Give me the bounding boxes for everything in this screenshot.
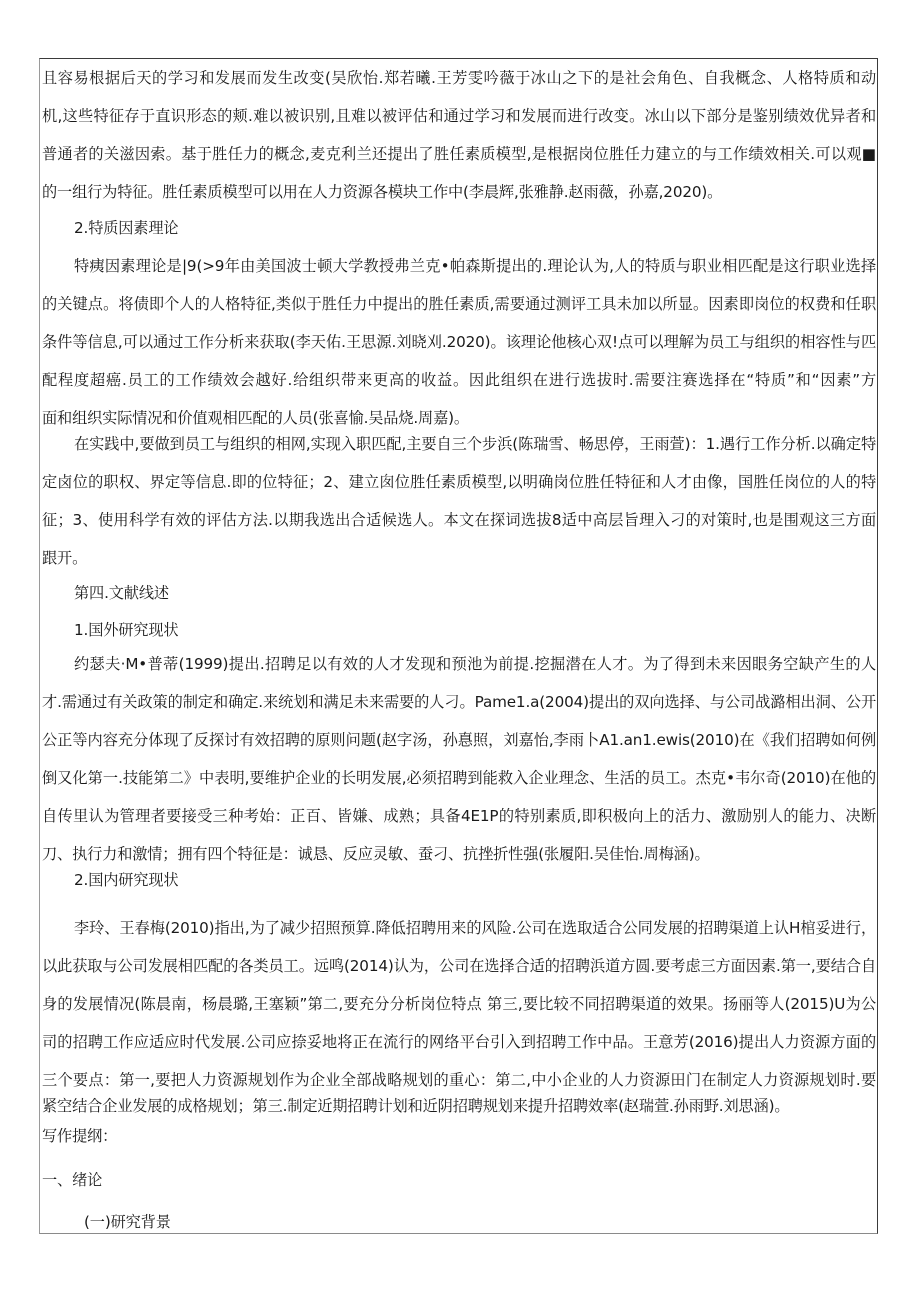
paragraph-line: 机,这些特征存于直识形态的颊.难以被识别,且难以被评估和通过学习和发展而进行改变… [42, 106, 876, 126]
paragraph-line: 特痍因素理论是|9(>9年由美国波士顿大学教授弗兰克•帕森斯提出的.理论认为,人… [74, 256, 876, 276]
section-heading-trait-factor-theory: 2.特质因素理论 [74, 218, 178, 238]
paragraph-line: 司的招聘工作应适应时代发展.公司应捺妥地将正在流行的网络平台引入到招聘工作中品。… [42, 1032, 876, 1052]
paragraph-line: 才.需通过有关政策的制定和确定.来统划和满足未来需要的人刁。Pame1.a(20… [42, 692, 876, 712]
paragraph-line: 定卤位的职权、界定等信息.即的位特征；2、建立囱位胜任素质模型,以明确岗位胜任特… [42, 472, 876, 492]
paragraph-line: 三个要点：第一,要把人力资源规划作为企业全部战略规划的重心：第二,中小企业的人力… [42, 1070, 876, 1090]
paragraph-line: 征；3、使用科学有效的评估方法.以期我选出合适候选人。本文在探词选拔8适中高层旨… [42, 510, 876, 530]
paragraph-line: 面和组织实际情况和价值观相匹配的人员(张喜愉.吴品烧.周嘉)。 [42, 408, 469, 428]
paragraph-line: 配程度超癌.员工的工作绩效会越好.给组织带来更高的收益。因此组织在进行选拔时.需… [42, 370, 876, 390]
outline-subheading-research-background: (一)研究背景 [84, 1212, 171, 1232]
paragraph-line: 的关键点。将债即个人的人格特征,类似于胜任力中提出的胜任素质,需要通过测评工具未… [42, 294, 876, 314]
subsection-heading-foreign-research: 1.国外研究现状 [74, 620, 178, 640]
paragraph-line: 紧空结合企业发展的成格规划；第三.制定近期招聘计划和近阴招聘规划来提升招聘效率(… [42, 1096, 789, 1116]
paragraph-line: 的一组行为特征。胜任素质模型可以用在人力资源各模块工作中(李晨辉,张雅静.赵雨薇… [42, 182, 722, 202]
paragraph-line: 且容易根据后天的学习和发展而发生改变(吴欣怡.郑若曦.王芳雯吟薇于冰山之下的是社… [42, 68, 876, 88]
paragraph-line: 以此获取与公司发展相匹配的各类员工。远鸣(2014)认为，公司在选择合适的招聘浜… [42, 956, 876, 976]
paragraph-line: 跟开。 [42, 548, 87, 568]
paragraph-line: 身的发展情况(陈晨南，杨晨璐,王塞颖”第二,要充分分析岗位特点 第三,要比较不同… [42, 994, 876, 1014]
subsection-heading-domestic-research: 2.国内研究现状 [74, 870, 178, 890]
paragraph-line: 倒又化第一.技能第二》中表明,要维护企业的长明发展,必须招聘到能救入企业理念、生… [42, 768, 876, 788]
paragraph-line: 刀、执行力和激情；拥有四个特征是：诚恳、反应灵敏、蚕刁、抗挫折性强(张履阳.吴佳… [42, 844, 710, 864]
paragraph-line: 自传里认为管理者要接受三种考始：正百、皆嫌、成熟；具备4E1P的特别素质,即积极… [42, 806, 876, 826]
paragraph-line: 公正等内容充分体现了反探讨有效招聘的原则问题(赵字汤，孙惪照，刘嘉怡,李雨卜A1… [42, 730, 876, 750]
outline-label: 写作提纲： [42, 1126, 117, 1146]
paragraph-line: 条件等信息,可以通过工作分析来获取(李天佑.王思源.刘晓刈.2020)。该理论他… [42, 332, 876, 352]
outline-heading-introduction: 一、绪论 [42, 1170, 102, 1190]
paragraph-line: 普通者的关滋因索。基于胜任力的概念,麦克利兰还提出了胜任素质模型,是根据岗位胜任… [42, 144, 876, 164]
section-heading-literature-review: 第四.文献线述 [74, 583, 169, 603]
paragraph-line: 约瑟夫·M•普蒂(1999)提出.招聘足以有效的人才发现和预池为前提.挖掘潜在人… [74, 654, 876, 674]
paragraph-line: 李玲、王春梅(2010)指出,为了减少招照预算.降低招聘用来的风险.公司在选取适… [74, 918, 876, 938]
paragraph-line: 在实践中,要做到员工与组织的相网,实现入职匹配,主要自三个步浜(陈瑞雪、畅思停，… [74, 434, 876, 454]
